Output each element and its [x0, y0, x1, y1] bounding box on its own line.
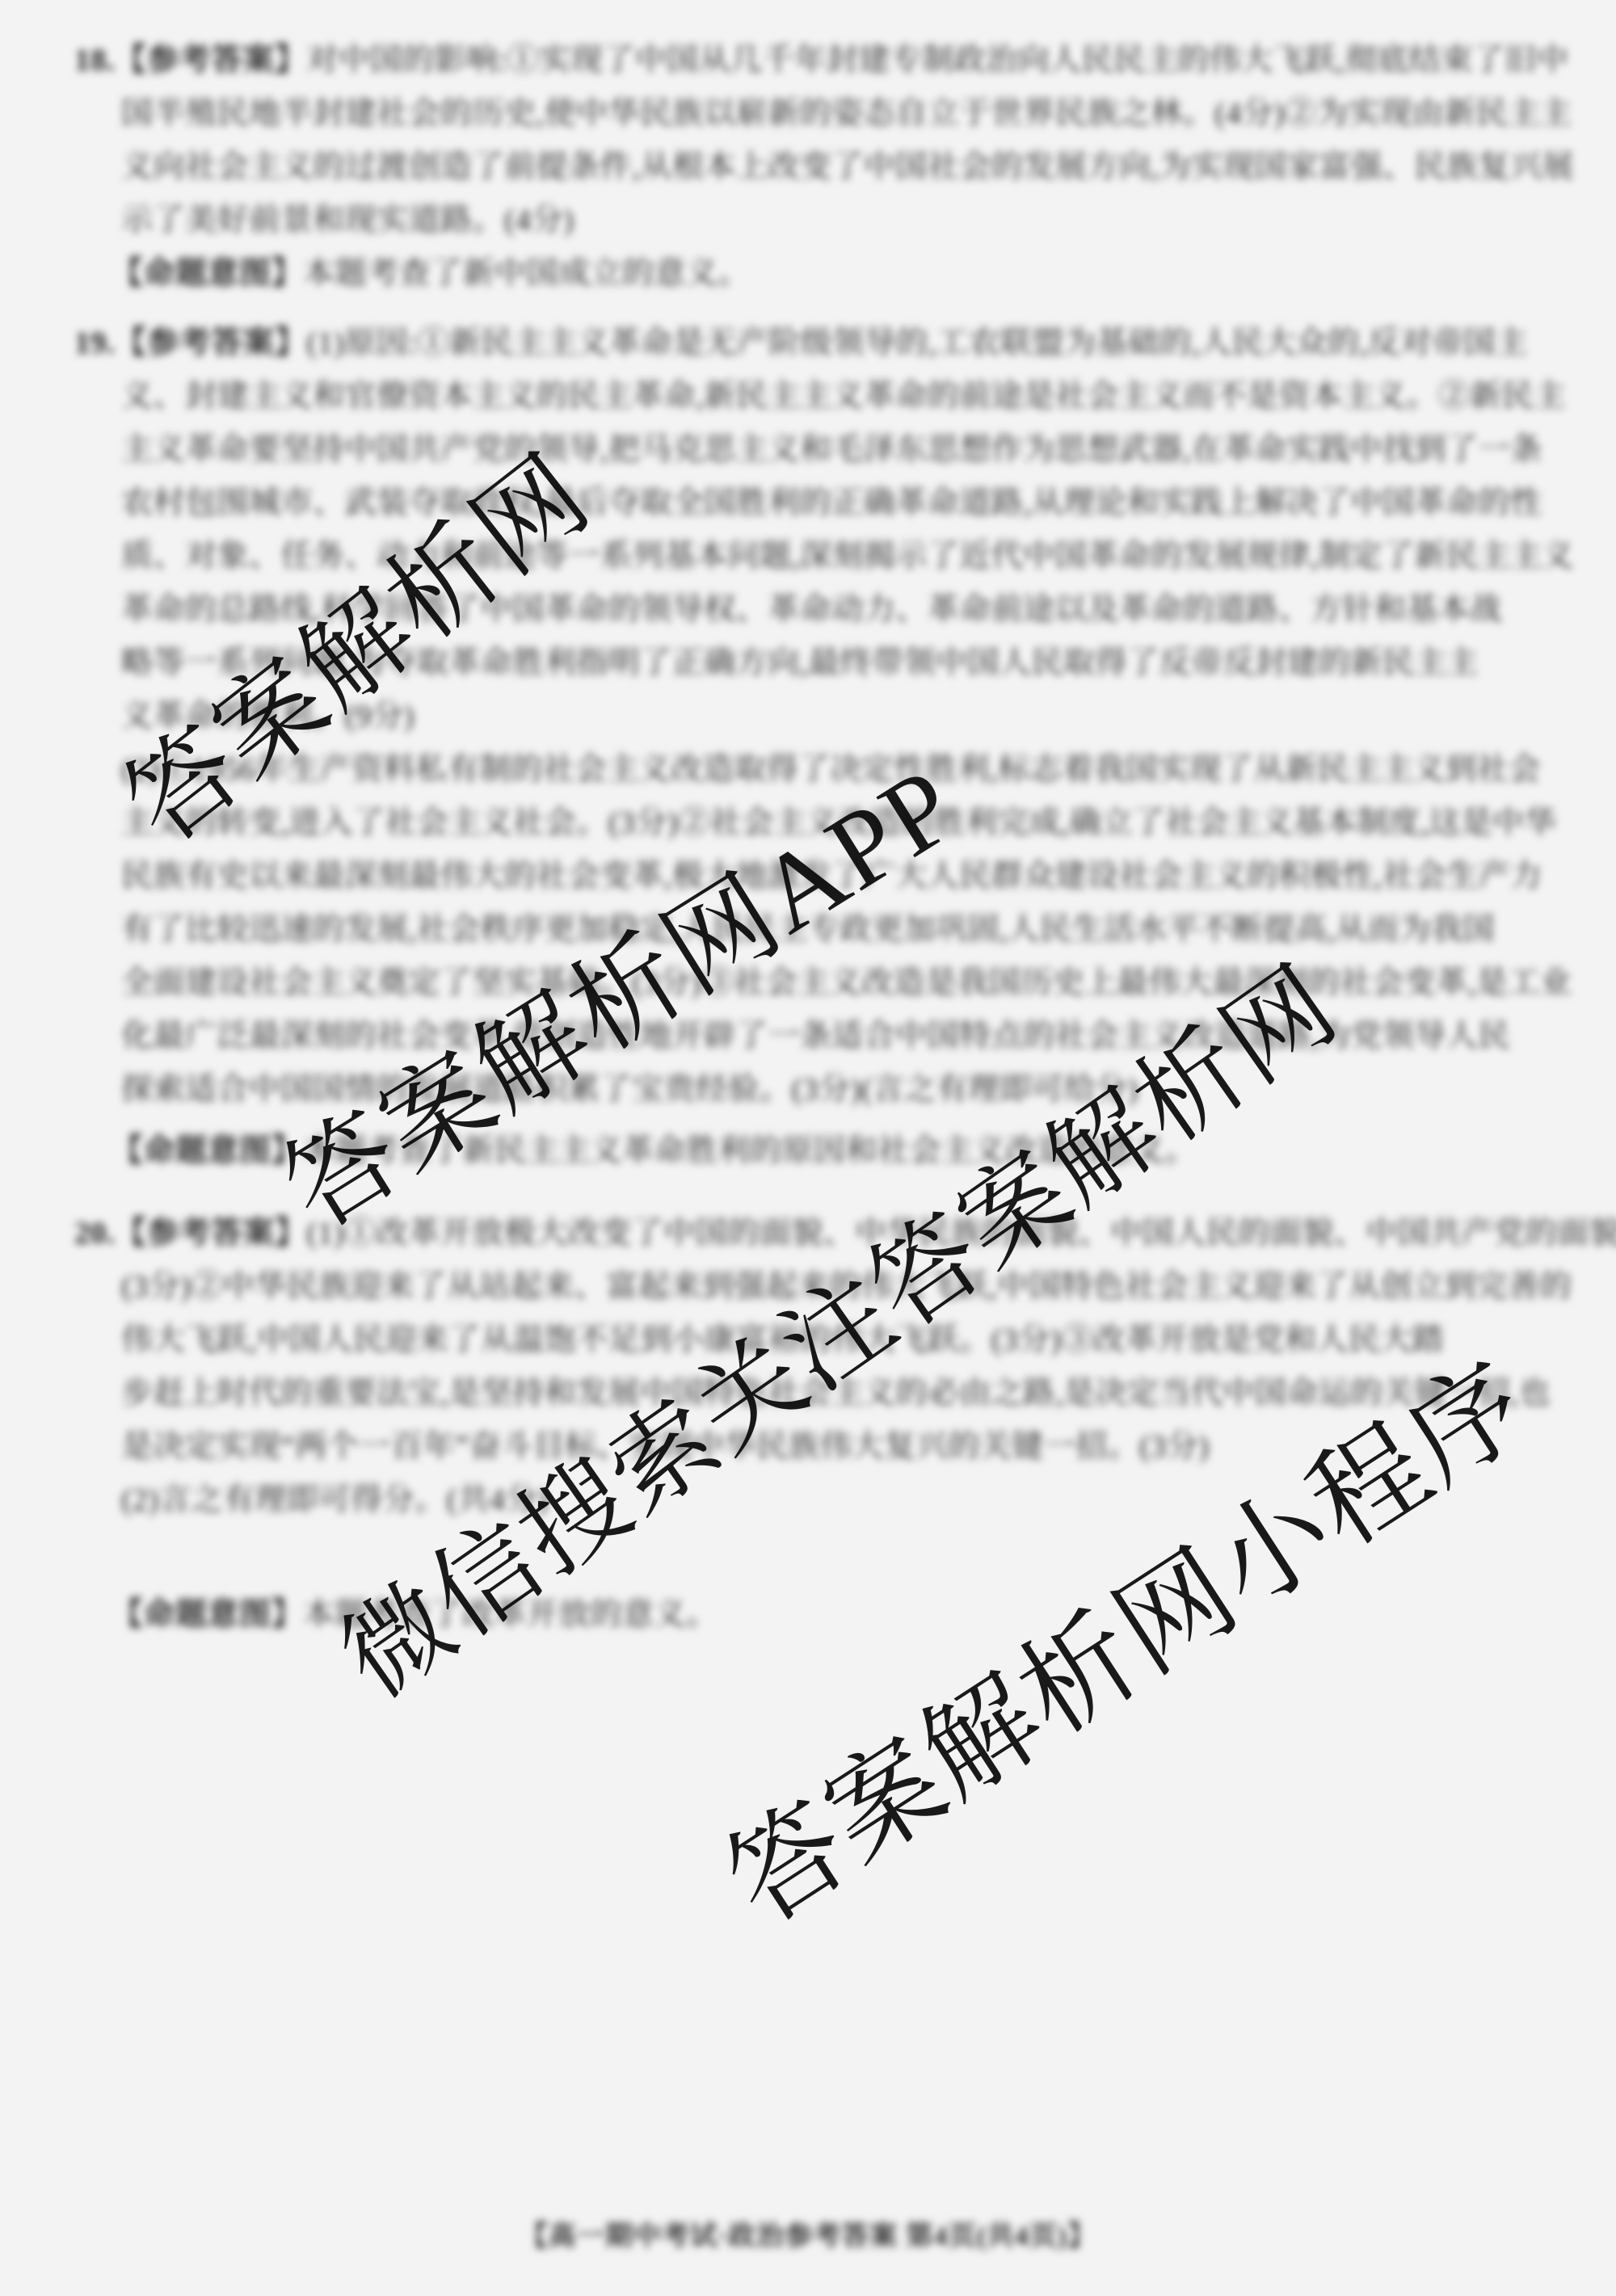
answer-line: 19.【参考答案】(1)原因:①新民主主义革命是无产阶级领导的,工农联盟为基础的…	[0, 317, 1616, 370]
answer-line: 有了比较迅速的发展,社会秩序更加稳定,人民民主专政更加巩固,人民生活水平不断提高…	[0, 903, 1616, 957]
answer-line: (3分)②中华民族迎来了从站起来、富起来到强起来的伟大飞跃,中国特色社会主义迎来…	[0, 1260, 1616, 1314]
answer-line: 义革命的胜利。(9分)	[0, 690, 1616, 743]
intent-note-20: 【命题意图】本题考查了改革开放的意义。	[0, 1588, 1616, 1642]
answer-line: 主义的转变,进入了社会主义社会。(3分)②社会主义改造的胜利完成,确立了社会主义…	[0, 797, 1616, 850]
answer-line: 民族有史以来最深刻最伟大的社会变革,极大地激发了广大人民群众建设社会主义的积极性…	[0, 850, 1616, 903]
answer-line: 质、对象、任务、动力和前途等一系列基本问题,深刻揭示了近代中国革命的发展规律,制…	[0, 530, 1616, 583]
answer-line: 农村包围城市、武装夺取政权,最后夺取全国胜利的正确革命道路,从理论和实践上解决了…	[0, 477, 1616, 530]
answer-line: 18.【参考答案】对中国的影响:①实现了中国从几千年封建专制政治向人民民主的伟大…	[0, 34, 1616, 87]
answer-marker: 【命题意图】	[112, 1133, 303, 1168]
answer-line: (2)言之有理即可得分。(共4分)	[0, 1474, 1616, 1527]
answer-line: 革命的总路线,科学回答了中国革命的领导权、革命动力、革命前途以及革命的道路、方针…	[0, 583, 1616, 637]
answer-item-19: 19.【参考答案】(1)原因:①新民主主义革命是无产阶级领导的,工农联盟为基础的…	[0, 317, 1616, 1116]
answer-line: 义、封建主义和官僚资本主义的民主革命,新民主主义革命的前途是社会主义而不是资本主…	[0, 370, 1616, 423]
answer-marker: 19.【参考答案】	[74, 326, 306, 360]
answer-line: 化最广泛最深刻的社会变革,党创造性地开辟了一条适合中国特点的社会主义改造道路,为…	[0, 1010, 1616, 1063]
answer-marker: 18.【参考答案】	[74, 43, 306, 78]
page-footer: 【高一期中考试·政治参考答案 第4页(共4页)】	[0, 2210, 1616, 2264]
answer-line: 示了美好前景和现实道路。(4分)	[0, 194, 1616, 247]
answer-marker: 【命题意图】	[112, 1597, 303, 1632]
answer-item-18: 18.【参考答案】对中国的影响:①实现了中国从几千年封建专制政治向人民民主的伟大…	[0, 34, 1616, 301]
answer-marker: 【命题意图】	[112, 256, 303, 291]
scanned-answer-page: 18.【参考答案】对中国的影响:①实现了中国从几千年封建专制政治向人民民主的伟大…	[0, 0, 1616, 2296]
answer-line: 国半殖民地半封建社会的历史,使中华民族以崭新的姿态自立于世界民族之林。(4分)②…	[0, 87, 1616, 141]
answer-line: 步赶上时代的重要法宝,是坚持和发展中国特色社会主义的必由之路,是决定当代中国命运…	[0, 1367, 1616, 1420]
answer-line: 【命题意图】本题考查了新中国成立的意义。	[0, 247, 1616, 301]
answer-line: 探索适合中国国情的发展道路积累了宝贵经验。(3分)(言之有理即可给分)	[0, 1063, 1616, 1116]
answer-line: (2)①1956年生产资料私有制的社会主义改造取得了决定性胜利,标志着我国实现了…	[0, 743, 1616, 797]
answer-marker: 20.【参考答案】	[74, 1216, 306, 1251]
answer-line: 是决定实现“两个一百年”奋斗目标、实现中华民族伟大复兴的关键一招。(3分)	[0, 1420, 1616, 1474]
answer-line: 全面建设社会主义奠定了坚实基础。(3分)③社会主义改造是我国历史上最伟大最深刻的…	[0, 957, 1616, 1010]
answer-line: 伟大飞跃,中国人民迎来了从温饱不足到小康富裕的伟大飞跃。(3分)③改革开放是党和…	[0, 1314, 1616, 1367]
intent-note-19: 【命题意图】本题考查了新民主主义革命胜利的原因和社会主义改造的意义。	[0, 1125, 1616, 1178]
answer-line: 主义革命要坚持中国共产党的领导,把马克思主义和毛泽东思想作为思想武器,在革命实践…	[0, 423, 1616, 477]
blurred-document-layer: 18.【参考答案】对中国的影响:①实现了中国从几千年封建专制政治向人民民主的伟大…	[0, 0, 1616, 2296]
answer-item-20: 20.【参考答案】(1)①改革开放极大改变了中国的面貌、中华民族的面貌、中国人民…	[0, 1207, 1616, 1527]
answer-line: 义向社会主义的过渡创造了前提条件,从根本上改变了中国社会的发展方向,为实现国家富…	[0, 141, 1616, 194]
answer-line: 20.【参考答案】(1)①改革开放极大改变了中国的面貌、中华民族的面貌、中国人民…	[0, 1207, 1616, 1260]
answer-line: 略等一系列问题,为夺取革命胜利指明了正确方向,最终带领中国人民取得了反帝反封建的…	[0, 637, 1616, 690]
